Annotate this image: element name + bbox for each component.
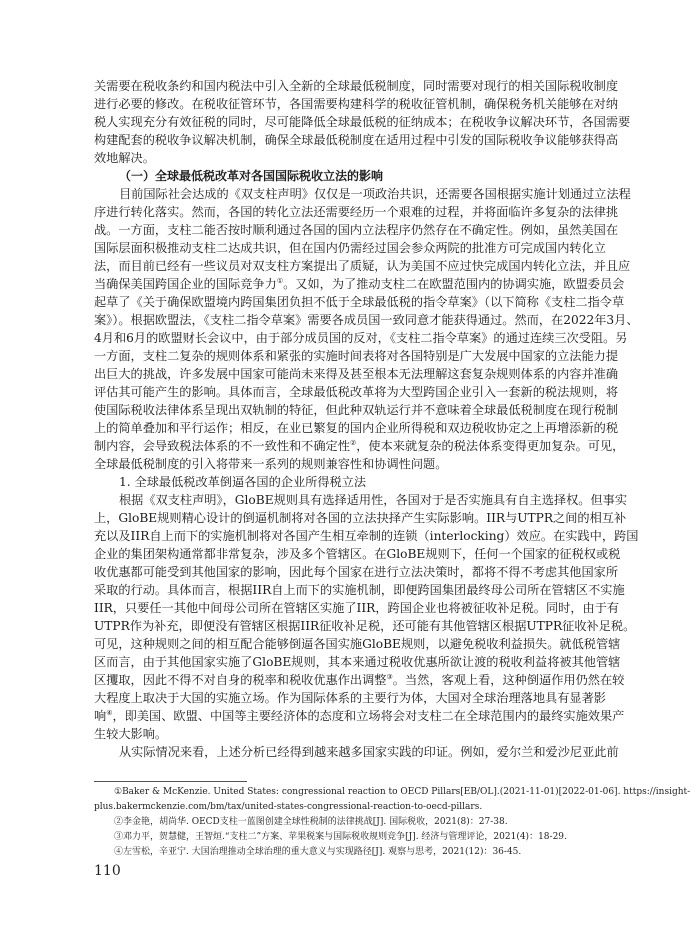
- paragraph-line: 4月和6月的欧盟财长会议中，由于部分成员国的反对，《支柱二指令草案》的通过连续三…: [94, 329, 606, 347]
- paragraph-line: 使国际税收法律体系呈现出双轨制的特征，但此种双轨运行并不意味着全球最低税制度在现…: [94, 401, 606, 419]
- paragraph-line: 国际层面积极推动支柱二达成共识，但在国内仍需经过国会参众两院的批准方可完成国内转…: [94, 239, 606, 257]
- page-number: 110: [94, 863, 121, 879]
- paragraph-line: 案》）。根据欧盟法，《支柱二指令草案》需要各成员国一致同意才能获得通过。然而，在…: [94, 311, 606, 329]
- paragraph-line: 充以及IIR自上而下的实施机制将对各国产生相互牵制的连锁（interlockin…: [94, 527, 606, 545]
- body-text: 关需要在税收条约和国内税法中引入全新的全球最低税制度，同时需要对现行的相关国际税…: [94, 77, 606, 761]
- paragraph-line: 战。一方面，支柱二能否按时顺利通过各国的国内立法程序仍然存在不确定性。例如，虽然…: [94, 221, 606, 239]
- paragraph-line: 上，GloBE规则精心设计的倒逼机制将对各国的立法抉择产生实际影响。IIR与UT…: [94, 509, 606, 527]
- paragraph-line: 序进行转化落实。然而，各国的转化立法还需要经历一个艰难的过程，并将面临许多复杂的…: [94, 203, 606, 221]
- subsection-heading: 1. 全球最低税改革倒逼各国的企业所得税立法: [94, 473, 606, 491]
- paragraph-line: 进行必要的修改。在税收征管环节，各国需要构建科学的税收征管机制，确保税务机关能够…: [94, 95, 606, 113]
- paragraph-line: 采取的行动。具体而言，根据IIR自上而下的实施机制，即便跨国集团最终母公司所在管…: [94, 581, 606, 599]
- section-heading: （一）全球最低税改革对各国国际税收立法的影响: [94, 167, 606, 185]
- footnote-4: ④左雪松，辛亚宁. 大国治理推动全球治理的重大意义与实现路径[J]. 观察与思考…: [94, 845, 606, 860]
- paragraph-line: 企业的集团架构通常都非常复杂，涉及多个管辖区。在GloBE规则下，任何一个国家的…: [94, 545, 606, 563]
- footnote-1: ①Baker & McKenzie. United States: congre…: [94, 785, 606, 800]
- paragraph-line: 出巨大的挑战，许多发展中国家可能尚未来得及甚至根本无法理解这套复杂规则体系的内容…: [94, 365, 606, 383]
- line-text: 。当然，客观上看，这种倒逼作用仍然在较: [393, 673, 625, 687]
- footnote-1-url[interactable]: plus.bakermckenzie.com/bm/tax/united-sta…: [94, 800, 606, 815]
- line-text: 当确保美国跨国企业的国际竞争力: [94, 277, 277, 291]
- line-text: 制内容，会导致税法体系的不一致性和不确定性: [94, 439, 350, 453]
- paragraph-line: 效地解决。: [94, 149, 606, 167]
- paragraph-line: 可见，这种规则之间的相互配合能够倒逼各国实施GloBE规则，以避免税收利益损失。…: [94, 635, 606, 653]
- paragraph-line: 一方面，支柱二复杂的规则体系和紧张的实施时间表将对各国特别是广大发展中国家的立法…: [94, 347, 606, 365]
- paragraph-line: 响④，即美国、欧盟、中国等主要经济体的态度和立场将会对支柱二在全球范围内的最终实…: [94, 707, 606, 725]
- footnote-2: ②李金艳，胡尚华. OECD支柱一蓝图创建全球性税制的法律挑战[J]. 国际税收…: [94, 815, 606, 830]
- paragraph-line: 当确保美国跨国企业的国际竞争力①。又如，为了推动支柱二在欧盟范围内的协调实施，欧…: [94, 275, 606, 293]
- paragraph-line: 生较大影响。: [94, 725, 606, 743]
- paragraph-line: 区而言，由于其他国家实施了GloBE规则，其本来通过税收优惠所欲让渡的税收利益将…: [94, 653, 606, 671]
- paragraph-line: 大程度上取决于大国的实施立场。作为国际体系的主要行为体，大国对全球治理落地具有显…: [94, 689, 606, 707]
- paragraph-line: 上的简单叠加和平行运作；相反，在业已繁复的国内企业所得税和双边税收协定之上再增添…: [94, 419, 606, 437]
- paragraph-line: 目前国际社会达成的《双支柱声明》仅仅是一项政治共识，还需要各国根据实施计划通过立…: [94, 185, 606, 203]
- paragraph-line: 构建配套的税收争议解决机制，确保全球最低税制度在适用过程中引发的国际税收争议能够…: [94, 131, 606, 149]
- paragraph-line: 区攫取，因此不得不对自身的税率和税收优惠作出调整③。当然，客观上看，这种倒逼作用…: [94, 671, 606, 689]
- paragraph-line: UTPR作为补充，即便没有管辖区根据IIR征收补足税，还可能有其他管辖区根据UT…: [94, 617, 606, 635]
- paragraph-line: 全球最低税制度的引入将带来一系列的规则兼容性和协调性问题。: [94, 455, 606, 473]
- paragraph-line: 法，而目前已经有一些议员对双支柱方案提出了质疑，认为美国不应过快完成国内转化立法…: [94, 257, 606, 275]
- paragraph-line: 根据《双支柱声明》，GloBE规则具有选择适用性，各国对于是否实施具有自主选择权…: [94, 491, 606, 509]
- line-text: ，即美国、欧盟、中国等主要经济体的态度和立场将会对支柱二在全球范围内的最终实施效…: [112, 709, 624, 723]
- paragraph-line: 收优惠都可能受到其他国家的影响，因此每个国家在进行立法决策时，都将不得不考虑其他…: [94, 563, 606, 581]
- paragraph-line: 关需要在税收条约和国内税法中引入全新的全球最低税制度，同时需要对现行的相关国际税…: [94, 77, 606, 95]
- paragraph-line: 评估其可能产生的影响。具体而言，全球最低税改革将为大型跨国企业引入一套新的税法规…: [94, 383, 606, 401]
- line-text: 区攫取，因此不得不对自身的税率和税收优惠作出调整: [94, 673, 387, 687]
- line-text: 。又如，为了推动支柱二在欧盟范围内的协调实施，欧盟委员会: [283, 277, 624, 291]
- document-page: 关需要在税收条约和国内税法中引入全新的全球最低税制度，同时需要对现行的相关国际税…: [0, 0, 700, 943]
- footnote-3: ③邓力平，贺慧健，王智烜.“支柱二”方案、苹果税案与国际税收规则竞争[J]. 经…: [94, 830, 606, 845]
- footnotes: ①Baker & McKenzie. United States: congre…: [94, 785, 606, 860]
- paragraph-line: 税人实现充分有效征税的同时，尽可能降低全球最低税的征纳成本；在税收争议解决环节，…: [94, 113, 606, 131]
- paragraph-line: 制内容，会导致税法体系的不一致性和不确定性②，使本来就复杂的税法体系变得更加复杂…: [94, 437, 606, 455]
- footnote-divider: [94, 781, 247, 782]
- line-text: 响: [94, 709, 106, 723]
- paragraph-line: 从实际情况来看，上述分析已经得到越来越多国家实践的印证。例如，爱尔兰和爱沙尼亚此…: [94, 743, 606, 761]
- paragraph-line: 起草了《关于确保欧盟境内跨国集团负担不低于全球最低税的指令草案》（以下简称《支柱…: [94, 293, 606, 311]
- line-text: ，使本来就复杂的税法体系变得更加复杂。可见，: [356, 439, 624, 453]
- paragraph-line: IIR，只要任一其他中间母公司所在管辖区实施了IIR，跨国企业也将被征收补足税。…: [94, 599, 606, 617]
